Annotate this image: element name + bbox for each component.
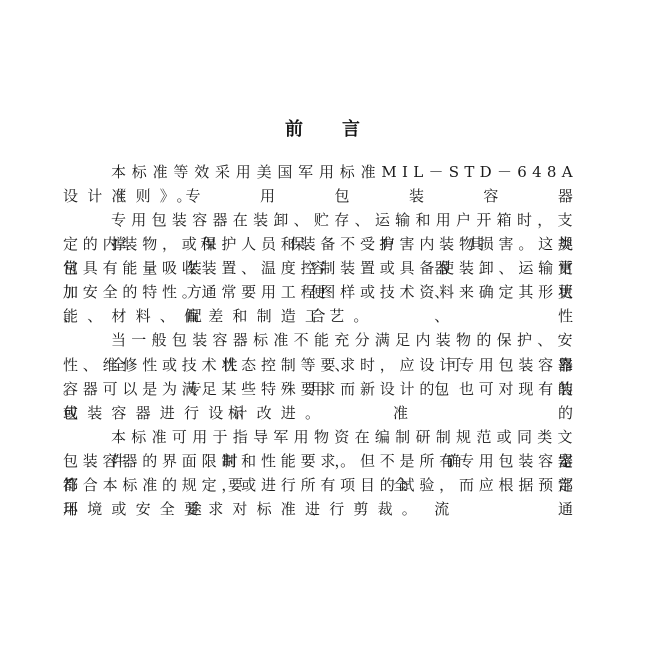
paragraph-line: 容 器 可 以 是 为 满 足 某 些 特 殊 要 求 而 新 设 计 的 。 … xyxy=(63,377,573,401)
paragraph-line: 专 用 包 装 容 器 在 装 卸 、 贮 存 、 运 输 和 用 户 开 箱 … xyxy=(63,208,573,232)
page-title: 前言 xyxy=(0,118,645,142)
paragraph-line: 包 装 容 器 的 界 面 限 制 和 性 能 要 求 。 但 不 是 所 有 … xyxy=(63,449,573,473)
document-page: 前言 本 标 准 等 效 采 用 美 国 军 用 标 准 M I L － S T… xyxy=(0,0,645,645)
paragraph-1: 本 标 准 等 效 采 用 美 国 军 用 标 准 M I L － S T D … xyxy=(63,160,573,208)
paragraph-line: 本 标 准 可 用 于 指 导 军 用 物 资 在 编 制 研 制 规 范 或 … xyxy=(63,425,573,449)
paragraph-line: 性 、 维 修 性 或 技 术 状 态 控 制 等 要 求 时 ， 应 设 计 … xyxy=(63,353,573,377)
paragraph-3: 当 一 般 包 装 容 器 标 准 不 能 充 分 满 足 内 装 物 的 保 … xyxy=(63,328,573,424)
paragraph-line: 本 标 准 等 效 采 用 美 国 军 用 标 准 M I L － S T D … xyxy=(63,160,573,184)
paragraph-line: 定 的 内 装 物 ， 或 保 护 人 员 和 装 备 不 受 有 害 内 装 … xyxy=(63,232,573,256)
paragraph-line: 当 一 般 包 装 容 器 标 准 不 能 充 分 满 足 内 装 物 的 保 … xyxy=(63,328,573,352)
title-char-2: 言 xyxy=(342,118,360,142)
paragraph-line: 加 安 全 的 特 性 。 通 常 要 用 工 程 图 样 或 技 术 资 料 … xyxy=(63,280,573,304)
paragraph-4: 本 标 准 可 用 于 指 导 军 用 物 资 在 编 制 研 制 规 范 或 … xyxy=(63,425,573,521)
title-char-1: 前 xyxy=(285,118,303,142)
paragraph-2: 专 用 包 装 容 器 在 装 卸 、 贮 存 、 运 输 和 用 户 开 箱 … xyxy=(63,208,573,328)
paragraph-line: 常 具 有 能 量 吸 收 装 置 、 温 度 控 制 装 置 或 具 备 使 … xyxy=(63,256,573,280)
foreword-body: 本 标 准 等 效 采 用 美 国 军 用 标 准 M I L － S T D … xyxy=(63,160,573,521)
paragraph-line: 符 合 本 标 准 的 规 定 ， 或 进 行 所 有 项 目 的 试 验 ， … xyxy=(63,473,573,497)
